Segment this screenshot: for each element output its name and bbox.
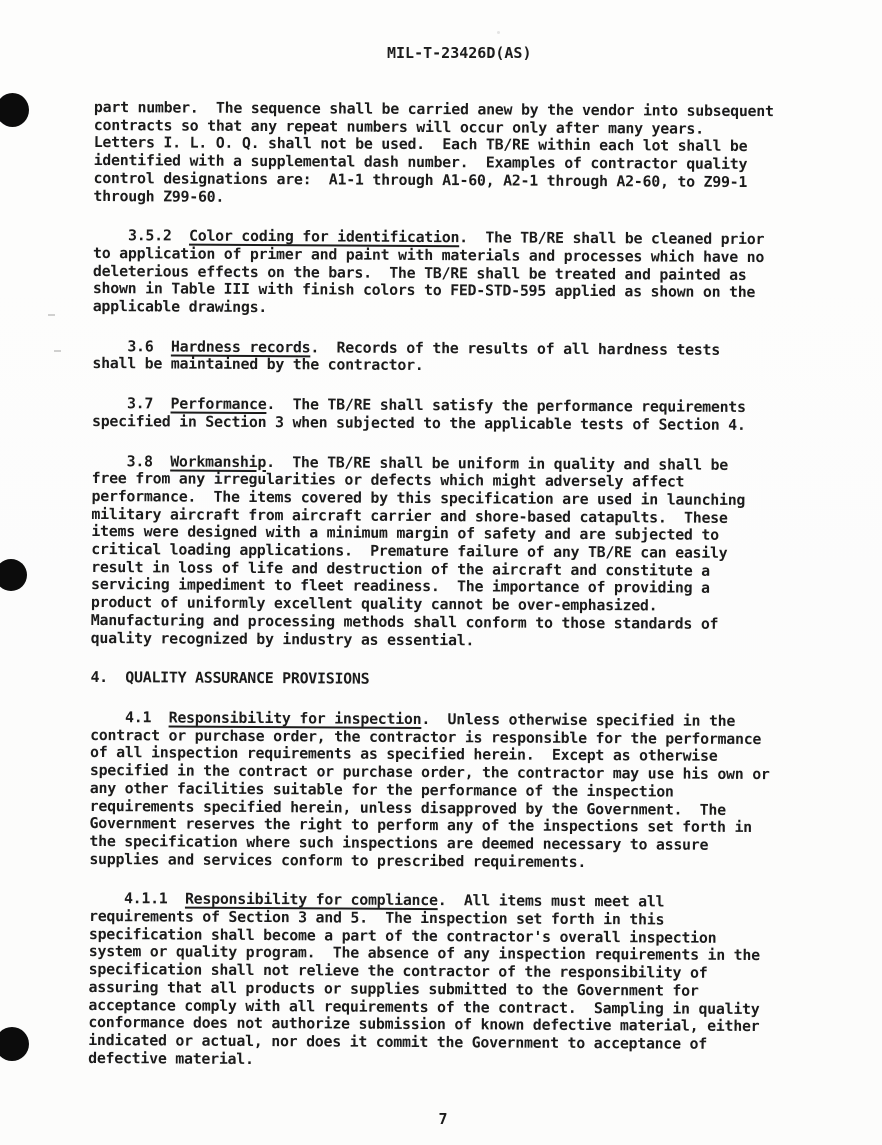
body-text: . All items must meet all: [438, 891, 665, 910]
scan-artifact: [54, 350, 61, 352]
body-text: 4.1.1: [89, 889, 185, 908]
body-text: supplies and services conform to prescri…: [89, 850, 586, 871]
body-text: defective material.: [88, 1049, 254, 1068]
underlined-heading-text: Color coding for identification: [189, 227, 459, 247]
body-text: through Z99-60.: [93, 187, 224, 206]
text-line: supplies and services conform to prescri…: [89, 851, 819, 873]
underlined-heading-text: Performance: [171, 395, 267, 414]
document-page: MIL-T-23426D(AS) part number. The sequen…: [0, 0, 882, 1145]
underlined-heading-text: Hardness records: [171, 337, 311, 356]
hole-punch-mark: [0, 559, 27, 591]
text-line: specified in Section 3 when subjected to…: [92, 413, 822, 435]
para-3-6-hardness-records: 3.6 Hardness records. Records of the res…: [92, 338, 822, 378]
para-4-1-responsibility-for-inspection: 4.1 Responsibility for inspection. Unles…: [89, 709, 820, 873]
underlined-heading-text: Responsibility for inspection: [169, 708, 422, 728]
body-text: . Unless otherwise specified in the: [421, 710, 735, 730]
body-text: quality recognized by industry as essent…: [91, 629, 475, 649]
body-text: specified in Section 3 when subjected to…: [92, 412, 746, 434]
body-text: shall be maintained by the contractor.: [92, 354, 423, 374]
scan-artifact: [48, 314, 55, 316]
para-3-8-workmanship: 3.8 Workmanship. The TB/RE shall be unif…: [91, 453, 822, 652]
para-part-number-continuation: part number. The sequence shall be carri…: [93, 99, 824, 210]
document-body: part number. The sequence shall be carri…: [88, 99, 824, 1094]
body-text: 3.8: [92, 452, 171, 470]
body-text: applicable drawings.: [93, 297, 267, 316]
para-3-5-2-color-coding: 3.5.2 Color coding for identification. T…: [93, 227, 824, 320]
underlined-heading-text: Responsibility for compliance: [185, 890, 438, 910]
hole-punch-mark: [0, 93, 29, 127]
page-number: 7: [0, 1110, 882, 1128]
para-4-1-1-responsibility-for-compliance: 4.1.1 Responsibility for compliance. All…: [88, 890, 819, 1071]
text-line: 4. QUALITY ASSURANCE PROVISIONS: [90, 669, 820, 691]
para-3-7-performance: 3.7 Performance. The TB/RE shall satisfy…: [92, 395, 822, 435]
section-4-heading: 4. QUALITY ASSURANCE PROVISIONS: [90, 669, 820, 691]
body-text: 3.6: [92, 337, 171, 355]
underlined-heading-text: Workmanship: [170, 452, 266, 471]
body-text: 4.1: [90, 708, 169, 726]
body-text: 4. QUALITY ASSURANCE PROVISIONS: [90, 668, 369, 688]
body-text: 3.7: [92, 394, 171, 412]
document-id-header: MIL-T-23426D(AS): [387, 44, 532, 62]
body-text: . The TB/RE shall be cleaned prior: [459, 228, 764, 248]
body-text: 3.5.2: [93, 226, 189, 245]
text-line: defective material.: [88, 1050, 818, 1072]
hole-punch-mark: [0, 1027, 29, 1061]
scan-artifact: [497, 31, 500, 34]
